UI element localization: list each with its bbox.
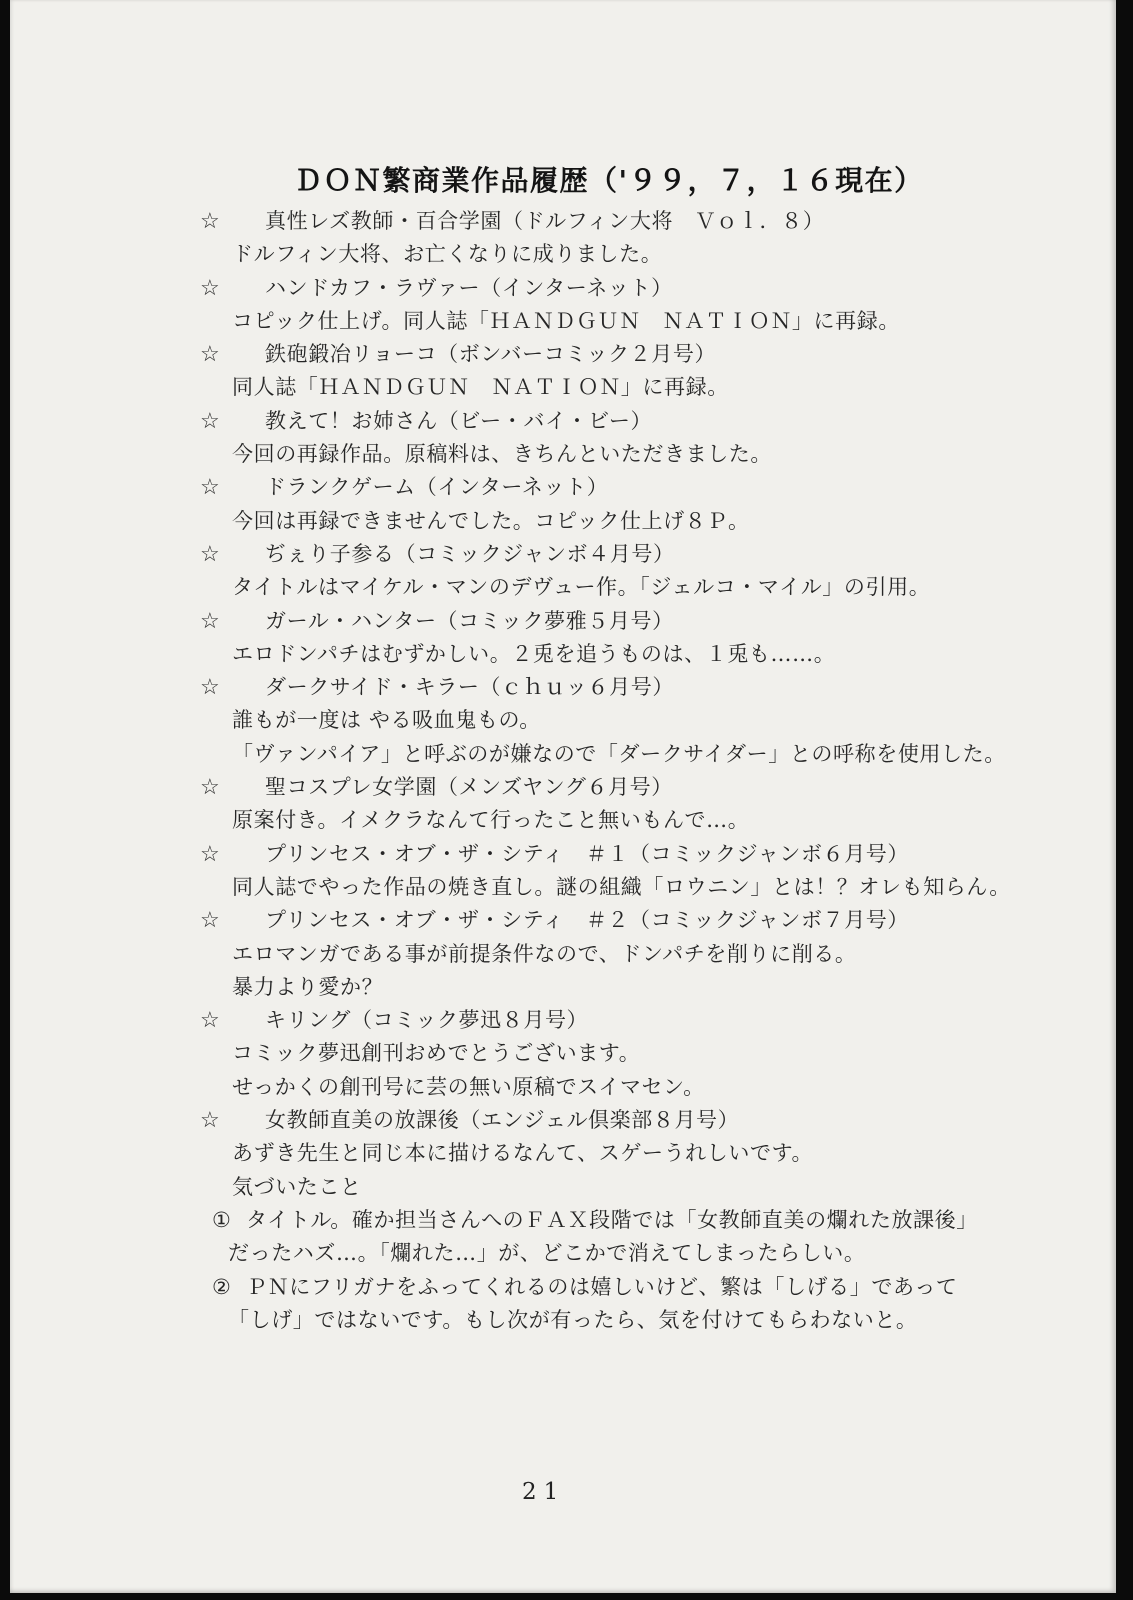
work-comment: タイトルはマイケル・マンのデヴュー作。「ジェルコ・マイル」の引用。 [190,571,1050,604]
note-row: ①タイトル。確か担当さんへのＦＡＸ段階では「女教師直美の爛れた放課後」 [190,1204,1050,1237]
star-icon: ☆ [200,272,265,305]
work-title: プリンセス・オブ・ザ・シティ ＃１（コミックジャンボ６月号） [265,842,909,866]
star-icon: ☆ [200,838,265,871]
work-row: ☆プリンセス・オブ・ザ・シティ ＃１（コミックジャンボ６月号） [190,838,1050,871]
star-icon: ☆ [200,671,265,704]
star-icon: ☆ [200,205,265,238]
note-continuation: 「しげ」ではないです。もし次が有ったら、気を付けてもらわないと。 [190,1304,1050,1337]
page-title: ＤＯＮ繁商業作品履歴（'９９，７，１６現在） [294,159,924,199]
star-icon: ☆ [200,538,265,571]
works-list: ☆真性レズ教師・百合学園（ドルフィン大将 Ｖｏｌ．８） ドルフィン大将、お亡くな… [190,205,1050,1337]
work-title: 鉄砲鍛冶リョーコ（ボンバーコミック２月号） [265,342,716,366]
work-title: 教えて！お姉さん（ビー・バイ・ビー） [265,409,652,433]
work-row: ☆ダークサイド・キラー（ｃｈｕッ６月号） [190,671,1050,704]
work-comment: せっかくの創刊号に芸の無い原稿でスイマセン。 [190,1071,1050,1104]
notes-heading: 気づいたこと [190,1171,1050,1204]
note-marker: ① [212,1204,246,1237]
work-comment: 同人誌でやった作品の焼き直し。謎の組織「ロウニン」とは！？オレも知らん。 [190,871,1050,904]
work-comment: 今回の再録作品。原稿料は、きちんといただきました。 [190,438,1050,471]
star-icon: ☆ [200,1004,265,1037]
work-row: ☆ガール・ハンター（コミック夢雅５月号） [190,605,1050,638]
note-marker: ② [212,1271,246,1304]
note-text: ＰＮにフリガナをふってくれるのは嬉しいけど、繁は「しげる」であって [246,1275,958,1299]
work-comment: 暴力より愛か？ [190,971,1050,1004]
work-comment: 同人誌「ＨＡＮＤＧＵＮ ＮＡＴＩＯＮ」に再録。 [190,371,1050,404]
star-icon: ☆ [200,471,265,504]
work-comment: エロドンパチはむずかしい。２兎を追うものは、１兎も……。 [190,638,1050,671]
work-comment: 「ヴァンパイア」と呼ぶのが嫌なので「ダークサイダー」との呼称を使用した。 [190,738,1050,771]
work-title: 女教師直美の放課後（エンジェル倶楽部８月号） [265,1108,739,1132]
note-continuation: だったハズ…。「爛れた…」が、どこかで消えてしまったらしい。 [190,1237,1050,1270]
work-row: ☆キリング（コミック夢迅８月号） [190,1004,1050,1037]
work-comment: コミック夢迅創刊おめでとうございます。 [190,1037,1050,1070]
page-number: 21 [522,1479,565,1505]
star-icon: ☆ [200,904,265,937]
scanned-paper-page: ＤＯＮ繁商業作品履歴（'９９，７，１６現在） ☆真性レズ教師・百合学園（ドルフィ… [10,0,1116,1593]
work-row: ☆プリンセス・オブ・ザ・シティ ＃２（コミックジャンボ７月号） [190,904,1050,937]
work-row: ☆ぢぇり子参る（コミックジャンボ４月号） [190,538,1050,571]
star-icon: ☆ [200,771,265,804]
star-icon: ☆ [200,338,265,371]
work-title: 真性レズ教師・百合学園（ドルフィン大将 Ｖｏｌ．８） [265,209,824,233]
work-title: ガール・ハンター（コミック夢雅５月号） [265,609,674,633]
work-title: ドランクゲーム（インターネット） [265,475,608,499]
star-icon: ☆ [200,405,265,438]
work-title: プリンセス・オブ・ザ・シティ ＃２（コミックジャンボ７月号） [265,908,909,932]
work-title: ハンドカフ・ラヴァー（インターネット） [265,276,673,300]
work-row: ☆女教師直美の放課後（エンジェル倶楽部８月号） [190,1104,1050,1137]
work-title: ぢぇり子参る（コミックジャンボ４月号） [265,542,675,566]
work-row: ☆ハンドカフ・ラヴァー（インターネット） [190,272,1050,305]
work-row: ☆真性レズ教師・百合学園（ドルフィン大将 Ｖｏｌ．８） [190,205,1050,238]
star-icon: ☆ [200,605,265,638]
work-title: キリング（コミック夢迅８月号） [265,1008,588,1032]
work-row: ☆聖コスプレ女学園（メンズヤング６月号） [190,771,1050,804]
note-text: タイトル。確か担当さんへのＦＡＸ段階では「女教師直美の爛れた放課後」 [246,1208,978,1232]
work-title: 聖コスプレ女学園（メンズヤング６月号） [265,775,673,799]
work-row: ☆鉄砲鍛冶リョーコ（ボンバーコミック２月号） [190,338,1050,371]
work-comment: エロマンガである事が前提条件なので、ドンパチを削りに削る。 [190,938,1050,971]
work-comment: 今回は再録できませんでした。コピック仕上げ８Ｐ。 [190,505,1050,538]
work-title: ダークサイド・キラー（ｃｈｕッ６月号） [265,675,674,699]
work-comment: コピック仕上げ。同人誌「ＨＡＮＤＧＵＮ ＮＡＴＩＯＮ」に再録。 [190,305,1050,338]
note-row: ②ＰＮにフリガナをふってくれるのは嬉しいけど、繁は「しげる」であって [190,1271,1050,1304]
work-row: ☆教えて！お姉さん（ビー・バイ・ビー） [190,405,1050,438]
work-comment: 原案付き。イメクラなんて行ったこと無いもんで…。 [190,804,1050,837]
work-comment: あずき先生と同じ本に描けるなんて、スゲーうれしいです。 [190,1137,1050,1170]
work-comment: ドルフィン大将、お亡くなりに成りました。 [190,238,1050,271]
work-row: ☆ドランクゲーム（インターネット） [190,471,1050,504]
work-comment: 誰もが一度は やる吸血鬼もの。 [190,704,1050,737]
star-icon: ☆ [200,1104,265,1137]
